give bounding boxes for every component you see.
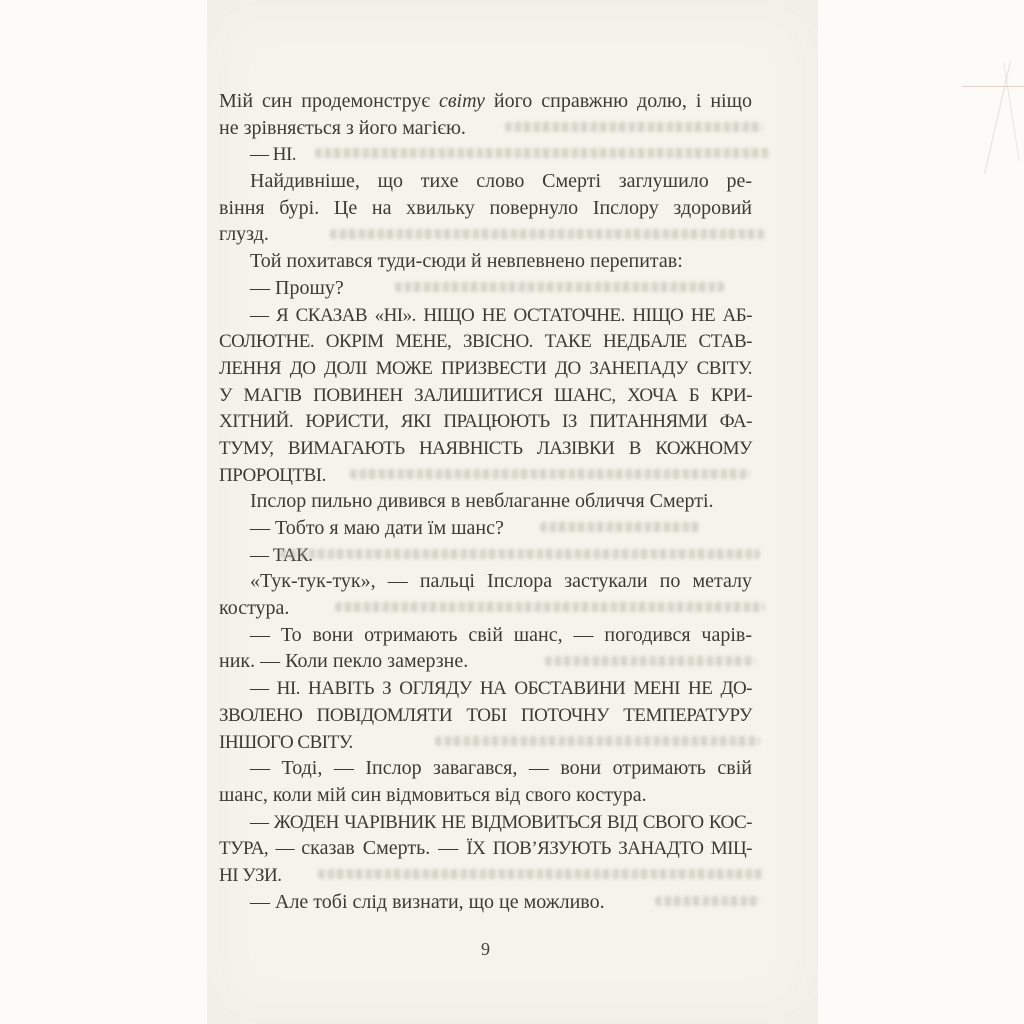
text-line: — Тоді, — Іпслор завагався, — вони отрим… — [219, 755, 752, 782]
bleed-through-smudge — [335, 602, 765, 612]
text-line: ХІТНИЙ. ЮРИСТИ, ЯКІ ПРАЦЮЮТЬ ІЗ ПИТАННЯМ… — [219, 408, 752, 435]
text-line: — Я СКАЗАВ «НІ». НІЩО НЕ ОСТАТОЧНЕ. НІЩО… — [219, 302, 752, 329]
text-run: — Але тобі слід визнати, що це можливо. — [250, 891, 605, 913]
page-number: 9 — [219, 939, 752, 960]
scan-artifact-crease — [984, 61, 1011, 173]
text-line: — НІ. НАВІТЬ З ОГЛЯДУ НА ОБСТАВИНИ МЕНІ … — [219, 675, 752, 702]
text-run: — То вони отримають свій шанс, — погодив… — [250, 624, 752, 646]
page-text-block: Мій син продемонструє світу його справжн… — [219, 88, 752, 915]
text-run: шанс, коли мій син відмовиться від свого… — [219, 784, 647, 806]
text-line: ТУМУ, ВИМАГАЮТЬ НАЯВНІСТЬ ЛАЗІВКИ В КОЖН… — [219, 435, 752, 462]
text-run: — НІ. НАВІТЬ З ОГЛЯДУ НА ОБСТАВИНИ МЕНІ … — [250, 678, 752, 699]
text-run: Іпслор пильно дивився в невблаганне обли… — [250, 490, 714, 512]
text-line: У МАГІВ ПОВИНЕН ЗАЛИШИТИСЯ ШАНС, ХОЧА Б … — [219, 382, 752, 409]
text-run: глузд. — [219, 223, 269, 245]
text-run: костура. — [219, 597, 289, 619]
text-run: У МАГІВ ПОВИНЕН ЗАЛИШИТИСЯ ШАНС, ХОЧА Б … — [219, 385, 752, 406]
bleed-through-smudge — [318, 869, 763, 879]
text-run: ЗВОЛЕНО ПОВІДОМЛЯТИ ТОБІ ПОТОЧНУ ТЕМПЕРА… — [219, 705, 752, 726]
text-run: СОЛЮТНЕ. ОКРІМ МЕНЕ, ЗВІСНО. ТАКЕ НЕДБАЛ… — [219, 331, 752, 352]
text-run: ТУМУ, ВИМАГАЮТЬ НАЯВНІСТЬ ЛАЗІВКИ В КОЖН… — [219, 438, 752, 459]
text-line: — ЖОДЕН ЧАРІВНИК НЕ ВІДМОВИТЬСЯ ВІД СВОГ… — [219, 809, 752, 836]
text-line: Іпслор пильно дивився в невблаганне обли… — [219, 488, 752, 515]
text-line: ТУРА, — сказав Смерть. — ЇХ ПОВ’ЯЗУЮТЬ З… — [219, 835, 752, 862]
text-line: Найдивніше, що тихе слово Смерті заглуши… — [219, 168, 752, 195]
text-run: світу — [439, 90, 485, 112]
text-run: не зрівняється з його магією. — [219, 117, 466, 139]
bleed-through-smudge — [545, 656, 755, 666]
text-run: сказав Смерть. — — [301, 837, 466, 859]
text-run: ПРОРОЦТВІ. — [219, 465, 326, 486]
text-run: віння бурі. Це на хвильку повернуло Іпсл… — [219, 197, 752, 219]
text-run: ТУРА, — — [219, 838, 301, 859]
text-run: ник. — Коли пекло замерзне. — [219, 650, 468, 672]
bleed-through-smudge — [350, 469, 750, 479]
text-line: «Тук-тук-тук», — пальці Іпслора застукал… — [219, 568, 752, 595]
text-line: шанс, коли мій син відмовиться від свого… — [219, 782, 752, 809]
bleed-through-smudge — [655, 896, 760, 906]
text-run: — Тобто я маю дати їм шанс? — [250, 517, 504, 539]
text-run: ЛЕННЯ ДО ДОЛІ МОЖЕ ПРИЗВЕСТИ ДО ЗАНЕПАДУ… — [219, 358, 752, 379]
text-run: — Тоді, — Іпслор завагався, — вони отрим… — [250, 757, 752, 779]
text-run: — НІ. — [250, 144, 296, 165]
text-line: Той похитався туди-сюди й невпевнено пер… — [219, 248, 752, 275]
text-run: його справжню долю, і ніщо — [485, 90, 752, 112]
bleed-through-smudge — [330, 229, 765, 239]
text-line: СОЛЮТНЕ. ОКРІМ МЕНЕ, ЗВІСНО. ТАКЕ НЕДБАЛ… — [219, 328, 752, 355]
text-run: Той похитався туди-сюди й невпевнено пер… — [250, 250, 683, 272]
bleed-through-smudge — [435, 736, 760, 746]
text-run: НІ УЗИ. — [219, 865, 282, 886]
text-line: віння бурі. Це на хвильку повернуло Іпсл… — [219, 195, 752, 222]
bleed-through-smudge — [395, 282, 725, 292]
text-line: ЗВОЛЕНО ПОВІДОМЛЯТИ ТОБІ ПОТОЧНУ ТЕМПЕРА… — [219, 702, 752, 729]
scan-artifact-crease — [1003, 63, 1020, 162]
text-line: — То вони отримають свій шанс, — погодив… — [219, 622, 752, 649]
scan-artifact-line — [962, 86, 1024, 87]
text-run: Найдивніше, що тихе слово Смерті заглуши… — [250, 170, 752, 192]
bleed-through-smudge — [540, 522, 700, 532]
bleed-through-smudge — [505, 122, 763, 132]
text-run: Мій син продемонструє — [219, 90, 439, 112]
text-run: ХІТНИЙ. ЮРИСТИ, ЯКІ ПРАЦЮЮТЬ ІЗ ПИТАННЯМ… — [219, 411, 752, 432]
text-run: — ЖОДЕН ЧАРІВНИК НЕ ВІДМОВИТЬСЯ ВІД СВОГ… — [250, 812, 752, 833]
text-run: ЇХ ПОВ’ЯЗУЮТЬ ЗАНАДТО МІЦ- — [466, 838, 752, 859]
text-line: Мій син продемонструє світу його справжн… — [219, 88, 752, 115]
text-line: ЛЕННЯ ДО ДОЛІ МОЖЕ ПРИЗВЕСТИ ДО ЗАНЕПАДУ… — [219, 355, 752, 382]
scanned-book-photo: { "colors": { "paper": "#f5f3ec", "ink":… — [0, 0, 1024, 1024]
text-run: ІНШОГО СВІТУ. — [219, 732, 353, 753]
bleed-through-smudge — [280, 549, 760, 559]
bleed-through-smudge — [315, 148, 770, 158]
text-run: — Я СКАЗАВ «НІ». НІЩО НЕ ОСТАТОЧНЕ. НІЩО… — [250, 305, 752, 326]
text-run: «Тук-тук-тук», — пальці Іпслора застукал… — [250, 570, 752, 592]
text-run: — Прошу? — [250, 277, 344, 299]
